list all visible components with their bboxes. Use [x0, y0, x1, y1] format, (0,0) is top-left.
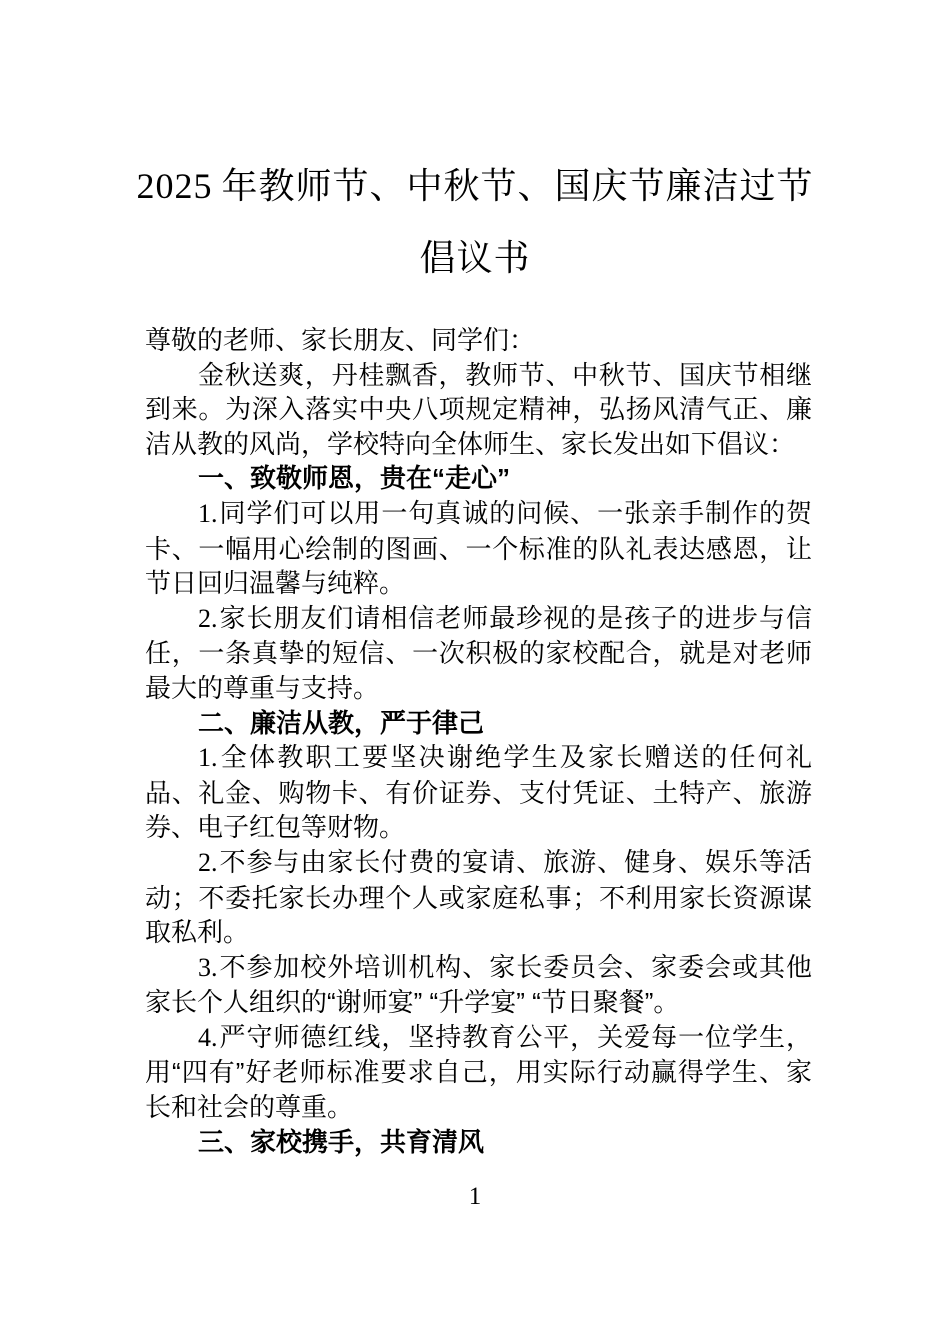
item-text: 严守师德红线，坚持教育公平，关爱每一位学生，用“四有”好老师标准要求自己，用实际… — [145, 1022, 812, 1122]
list-item-2-2: 2.不参与由家长付费的宴请、旅游、健身、娱乐等活动；不委托家长办理个人或家庭私事… — [145, 845, 812, 950]
item-text: 同学们可以用一句真诚的问候、一张亲手制作的贺卡、一幅用心绘制的图画、一个标准的队… — [145, 498, 812, 598]
section-heading-1: 一、致敬师恩，贵在“走心” — [145, 461, 812, 496]
item-text: 不参与由家长付费的宴请、旅游、健身、娱乐等活动；不委托家长办理个人或家庭私事；不… — [145, 847, 812, 947]
list-item-2-3: 3.不参加校外培训机构、家长委员会、家委会或其他家长个人组织的“谢师宴” “升学… — [145, 950, 812, 1020]
title-line-2: 倡议书 — [0, 222, 950, 293]
item-number: 2. — [198, 848, 218, 877]
title-year: 2025 — [136, 166, 212, 206]
list-item-2-1: 1.全体教职工要坚决谢绝学生及家长赠送的任何礼品、礼金、购物卡、有价证券、支付凭… — [145, 740, 812, 845]
list-item-1-2: 2.家长朋友们请相信老师最珍视的是孩子的进步与信任，一条真挚的短信、一次积极的家… — [145, 601, 812, 706]
item-text: 不参加校外培训机构、家长委员会、家委会或其他家长个人组织的“谢师宴” “升学宴”… — [145, 952, 812, 1018]
item-number: 4. — [198, 1023, 218, 1052]
list-item-1-1: 1.同学们可以用一句真诚的问候、一张亲手制作的贺卡、一幅用心绘制的图画、一个标准… — [145, 496, 812, 601]
item-number: 1. — [198, 499, 218, 528]
list-item-2-4: 4.严守师德红线，坚持教育公平，关爱每一位学生，用“四有”好老师标准要求自己，用… — [145, 1020, 812, 1125]
item-text: 全体教职工要坚决谢绝学生及家长赠送的任何礼品、礼金、购物卡、有价证券、支付凭证、… — [145, 742, 812, 842]
salutation: 尊敬的老师、家长朋友、同学们： — [145, 323, 812, 358]
page-footer: 1 — [0, 1181, 950, 1212]
title-line-1: 2025年教师节、中秋节、国庆节廉洁过节 — [0, 150, 950, 222]
intro-paragraph: 金秋送爽，丹桂飘香，教师节、中秋节、国庆节相继到来。为深入落实中央八项规定精神，… — [145, 358, 812, 462]
title-line-1-text: 年教师节、中秋节、国庆节廉洁过节 — [221, 165, 813, 206]
section-heading-3: 三、家校携手，共育清风 — [145, 1125, 812, 1160]
document-title: 2025年教师节、中秋节、国庆节廉洁过节 倡议书 — [0, 0, 950, 293]
item-text: 家长朋友们请相信老师最珍视的是孩子的进步与信任，一条真挚的短信、一次积极的家校配… — [145, 603, 812, 703]
item-number: 3. — [198, 953, 218, 982]
section-heading-2: 二、廉洁从教，严于律己 — [145, 706, 812, 741]
document-body: 尊敬的老师、家长朋友、同学们： 金秋送爽，丹桂飘香，教师节、中秋节、国庆节相继到… — [145, 323, 812, 1159]
item-number: 2. — [198, 604, 218, 633]
page-number: 1 — [469, 1183, 482, 1210]
document-page: 2025年教师节、中秋节、国庆节廉洁过节 倡议书 尊敬的老师、家长朋友、同学们：… — [0, 0, 950, 1344]
item-number: 1. — [198, 743, 218, 772]
